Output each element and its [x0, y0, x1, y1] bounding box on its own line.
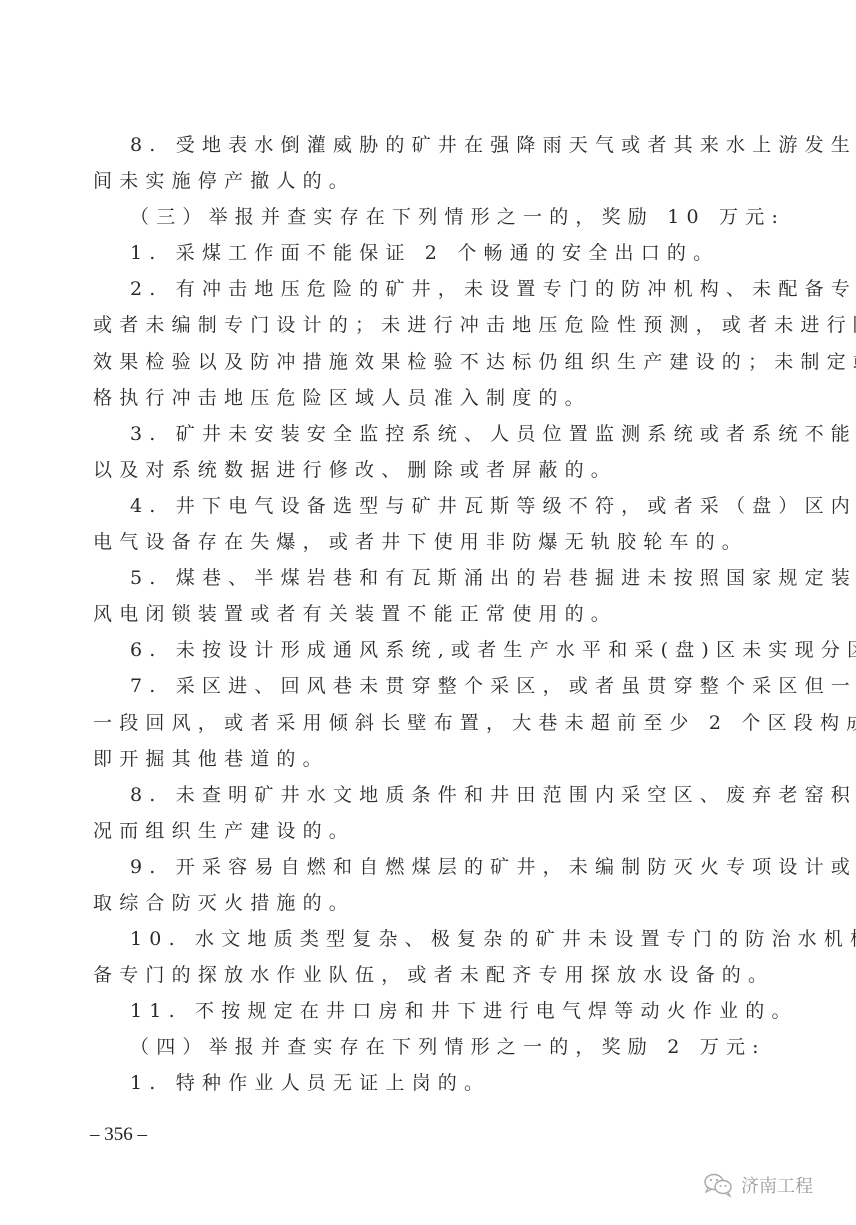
wechat-icon	[703, 1172, 733, 1198]
text-line: 间未实施停产撤人的。	[93, 163, 755, 199]
watermark-label: 济南工程	[741, 1172, 813, 1198]
text-line: 备专门的探放水作业队伍，或者未配齐专用探放水设备的。	[93, 957, 755, 993]
watermark: 济南工程	[703, 1172, 813, 1198]
text-line: 7. 采区进、回风巷未贯穿整个采区，或者虽贯穿整个采区但一段进风、	[93, 668, 755, 704]
text-line: 1. 特种作业人员无证上岗的。	[93, 1065, 755, 1101]
text-line: 况而组织生产建设的。	[93, 813, 755, 849]
text-line: 11. 不按规定在井口房和井下进行电气焊等动火作业的。	[93, 993, 755, 1029]
text-line: 9. 开采容易自燃和自燃煤层的矿井，未编制防灭火专项设计或者未采	[93, 849, 755, 885]
section-heading: （三）举报并查实存在下列情形之一的，奖励 10 万元:	[93, 199, 755, 235]
text-line: 5. 煤巷、半煤岩巷和有瓦斯涌出的岩巷掘进未按照国家规定装备甲烷电、	[93, 560, 755, 596]
text-line: 8. 受地表水倒灌威胁的矿井在强降雨天气或者其来水上游发生洪水期	[93, 127, 755, 163]
text-line: 电气设备存在失爆，或者井下使用非防爆无轨胶轮车的。	[93, 524, 755, 560]
text-line: 风电闭锁装置或者有关装置不能正常使用的。	[93, 596, 755, 632]
text-line: 即开掘其他巷道的。	[93, 741, 755, 777]
text-line: 3. 矿井未安装安全监控系统、人员位置监测系统或者系统不能正常运行，	[93, 416, 755, 452]
text-line: 8. 未查明矿井水文地质条件和井田范围内采空区、废弃老窑积水等情	[93, 777, 755, 813]
section-heading: （四）举报并查实存在下列情形之一的，奖励 2 万元:	[93, 1029, 755, 1065]
text-line: 取综合防灭火措施的。	[93, 885, 755, 921]
text-line: 2. 有冲击地压危险的矿井，未设置专门的防冲机构、未配备专业人员	[93, 271, 755, 307]
text-line: 或者未编制专门设计的；未进行冲击地压危险性预测，或者未进行防冲措施	[93, 307, 755, 343]
text-line: 一段回风，或者采用倾斜长壁布置，大巷未超前至少 2 个区段构成通风系统	[93, 705, 755, 741]
page-number: – 356 –	[90, 1124, 147, 1146]
text-line: 4. 井下电气设备选型与矿井瓦斯等级不符，或者采（盘）区内防爆型	[93, 488, 755, 524]
text-line: 以及对系统数据进行修改、删除或者屏蔽的。	[93, 452, 755, 488]
text-line: 1. 采煤工作面不能保证 2 个畅通的安全出口的。	[93, 235, 755, 271]
text-line: 效果检验以及防冲措施效果检验不达标仍组织生产建设的；未制定或者未严	[93, 344, 755, 380]
text-line: 10. 水文地质类型复杂、极复杂的矿井未设置专门的防治水机构、未配	[93, 921, 755, 957]
text-line: 6. 未按设计形成通风系统,或者生产水平和采(盘)区未实现分区通风的。	[93, 632, 755, 668]
text-line: 格执行冲击地压危险区域人员准入制度的。	[93, 380, 755, 416]
document-body: 8. 受地表水倒灌威胁的矿井在强降雨天气或者其来水上游发生洪水期 间未实施停产撤…	[93, 127, 755, 1102]
